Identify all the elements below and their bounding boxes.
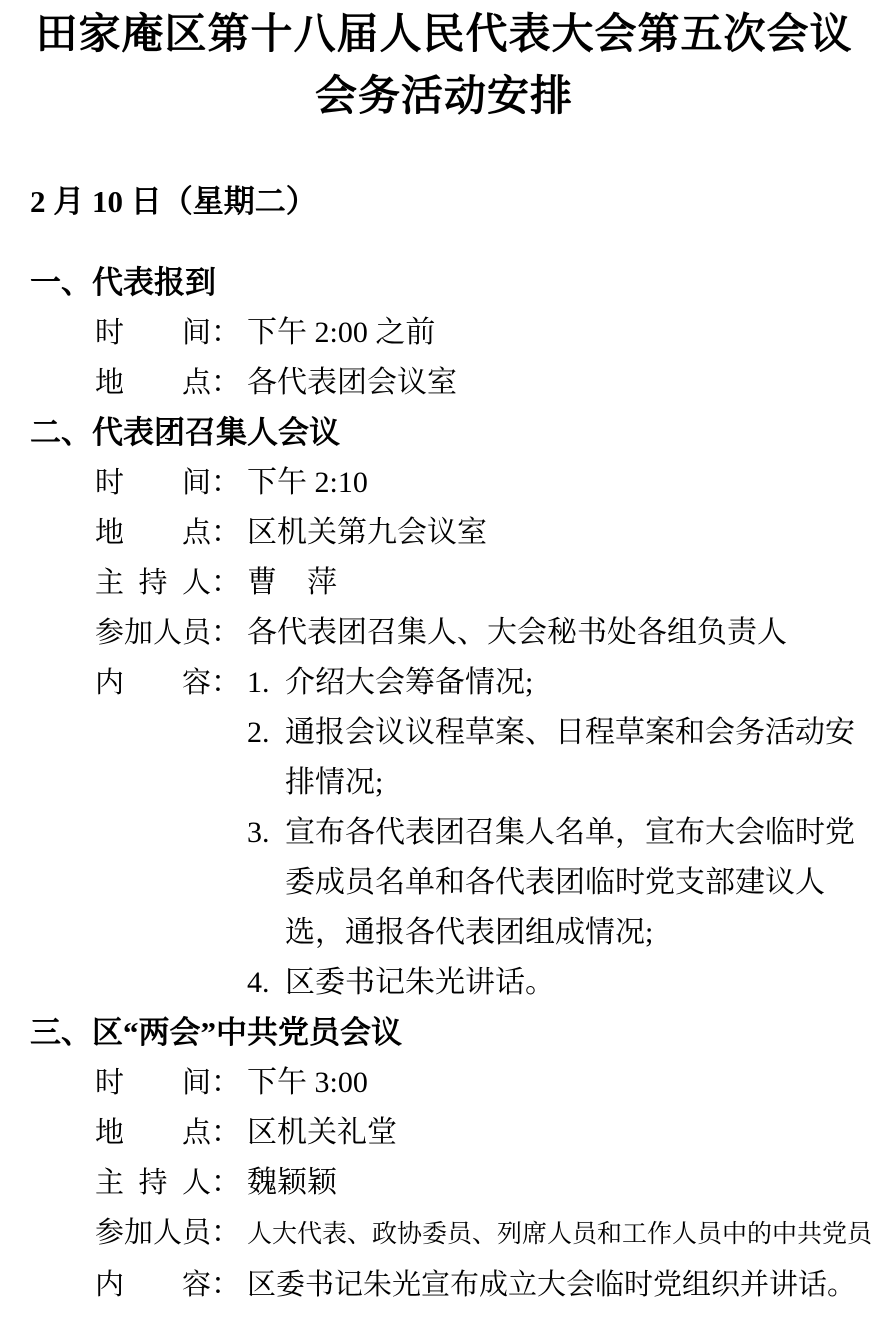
item-text: 通报会议议程草案、日程草案和会务活动安排情况;	[285, 708, 858, 808]
field-value-time: 下午 2:00 之前	[247, 308, 858, 358]
item-number: 4.	[247, 958, 285, 1008]
field-label-place: 地点	[95, 1108, 211, 1158]
field-value-place: 区机关第九会议室	[247, 508, 858, 558]
section-2-participants-row: 参加人员 ： 各代表团召集人、大会秘书处各组负责人	[30, 608, 858, 658]
content-item-list: 1. 介绍大会筹备情况; 2. 通报会议议程草案、日程草案和会务活动安排情况; …	[247, 658, 858, 1008]
section-3-host-row: 主持人 ： 魏颖颖	[30, 1158, 858, 1208]
item-text: 宣布各代表团召集人名单，宣布大会临时党委成员名单和各代表团临时党支部建议人选，通…	[285, 808, 858, 958]
field-label-place: 地点	[95, 358, 211, 408]
field-label-participants: 参加人员	[95, 1208, 211, 1258]
section-1-time-row: 时间 ： 下午 2:00 之前	[30, 308, 858, 358]
content-item: 3. 宣布各代表团召集人名单，宣布大会临时党委成员名单和各代表团临时党支部建议人…	[247, 808, 858, 958]
content-item: 4. 区委书记朱光讲话。	[247, 958, 858, 1008]
field-value-content: 区委书记朱光宣布成立大会临时党组织并讲话。	[247, 1260, 858, 1310]
field-value-participants: 各代表团召集人、大会秘书处各组负责人	[247, 608, 858, 658]
label-colon: ：	[211, 658, 247, 708]
label-colon: ：	[211, 508, 247, 558]
label-colon: ：	[211, 1058, 247, 1108]
field-label-content: 内容	[95, 1260, 211, 1310]
section-3-heading: 三、区“两会”中共党员会议	[30, 1008, 858, 1058]
section-2-place-row: 地点 ： 区机关第九会议室	[30, 508, 858, 558]
field-value-time: 下午 2:10	[247, 458, 858, 508]
section-1-place-row: 地点 ： 各代表团会议室	[30, 358, 858, 408]
section-1-heading: 一、代表报到	[30, 258, 858, 308]
document-page: 田家庵区第十八届人民代表大会第五次会议 会务活动安排 2 月 10 日（星期二）…	[0, 0, 881, 1330]
field-label-participants: 参加人员	[95, 608, 211, 658]
item-number: 2.	[247, 708, 285, 758]
label-colon: ：	[211, 558, 247, 608]
field-label-host: 主持人	[95, 1158, 211, 1208]
field-label-time: 时间	[95, 1058, 211, 1108]
label-colon: ：	[211, 458, 247, 508]
label-colon: ：	[211, 1108, 247, 1158]
field-value-place: 区机关礼堂	[247, 1108, 858, 1158]
field-label-place: 地点	[95, 508, 211, 558]
field-label-content: 内容	[95, 658, 211, 708]
field-value-place: 各代表团会议室	[247, 358, 858, 408]
content-item: 2. 通报会议议程草案、日程草案和会务活动安排情况;	[247, 708, 858, 808]
field-label-host: 主持人	[95, 558, 211, 608]
item-number: 1.	[247, 658, 285, 708]
field-label-time: 时间	[95, 308, 211, 358]
section-3-place-row: 地点 ： 区机关礼堂	[30, 1108, 858, 1158]
doc-title-line-1: 田家庵区第十八届人民代表大会第五次会议	[30, 4, 858, 66]
section-3-time-row: 时间 ： 下午 3:00	[30, 1058, 858, 1108]
label-colon: ：	[211, 1260, 247, 1310]
label-colon: ：	[211, 1158, 247, 1208]
section-3-content-row: 内容 ： 区委书记朱光宣布成立大会临时党组织并讲话。	[30, 1260, 858, 1310]
section-3-participants-row: 参加人员 ： 人大代表、政协委员、列席人员和工作人员中的中共党员	[30, 1208, 858, 1260]
label-colon: ：	[211, 358, 247, 408]
section-2-time-row: 时间 ： 下午 2:10	[30, 458, 858, 508]
section-2-heading: 二、代表团召集人会议	[30, 408, 858, 458]
date-heading: 2 月 10 日（星期二）	[30, 176, 858, 228]
label-colon: ：	[211, 308, 247, 358]
section-2-host-row: 主持人 ： 曹 萍	[30, 558, 858, 608]
doc-title-line-2: 会务活动安排	[30, 66, 858, 128]
content-item: 1. 介绍大会筹备情况;	[247, 658, 858, 708]
field-value-host: 曹 萍	[247, 558, 858, 608]
item-text: 区委书记朱光讲话。	[285, 958, 858, 1008]
field-label-time: 时间	[95, 458, 211, 508]
item-text: 介绍大会筹备情况;	[285, 658, 858, 708]
doc-body: 一、代表报到 时间 ： 下午 2:00 之前 地点 ： 各代表团会议室 二、代表…	[30, 258, 858, 1310]
section-2-content-row: 内容 ： 1. 介绍大会筹备情况; 2. 通报会议议程草案、日程草案和会务活动安…	[30, 658, 858, 1008]
field-value-host: 魏颖颖	[247, 1158, 858, 1208]
field-value-participants: 人大代表、政协委员、列席人员和工作人员中的中共党员	[247, 1210, 858, 1260]
field-value-time: 下午 3:00	[247, 1058, 858, 1108]
label-colon: ：	[211, 1208, 247, 1258]
doc-title: 田家庵区第十八届人民代表大会第五次会议 会务活动安排	[30, 4, 858, 128]
item-number: 3.	[247, 808, 285, 858]
label-colon: ：	[211, 608, 247, 658]
